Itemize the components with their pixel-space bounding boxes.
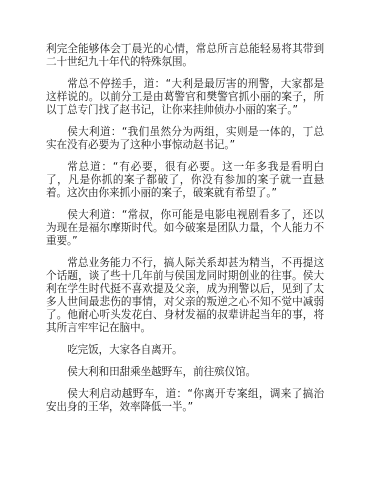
paragraph-7: 吃完饭，大家各自离开。 (46, 344, 324, 357)
paragraph-4: 常总道：“有必要，很有必要。这一年多我是看明白了，凡是你抓的案子都破了，你没有参… (46, 161, 324, 200)
paragraph-3: 侯大利道：“我们虽然分为两组，实则是一体的，丁总实在没有必要为了这种小事惊动赵书… (46, 126, 324, 152)
paragraph-9: 侯大利启动越野车，道：“你离开专案组，调来了搞治安出身的王华，效率降低一半。” (46, 388, 324, 414)
paragraph-5: 侯大利道：“常叔，你可能是电影电视剧看多了，还以为现在是福尔摩斯时代。如今破案是… (46, 209, 324, 248)
document-page: 利完全能够体会丁晨光的心情，常总所言总能轻易将其带到二十世纪九十年代的特殊氛围。… (46, 43, 324, 423)
paragraph-6: 常总业务能力不行，搞人际关系却甚为精当，不再提这个话题，谈了些十几年前与侯国龙同… (46, 257, 324, 335)
paragraph-2: 常总不停搓手，道：“大利是最厉害的刑警，大家都是这样说的。以前分工是由葛警官和樊… (46, 78, 324, 117)
paragraph-1: 利完全能够体会丁晨光的心情，常总所言总能轻易将其带到二十世纪九十年代的特殊氛围。 (46, 43, 324, 69)
paragraph-8: 侯大利和田甜乘坐越野车，前往殡仪馆。 (46, 366, 324, 379)
